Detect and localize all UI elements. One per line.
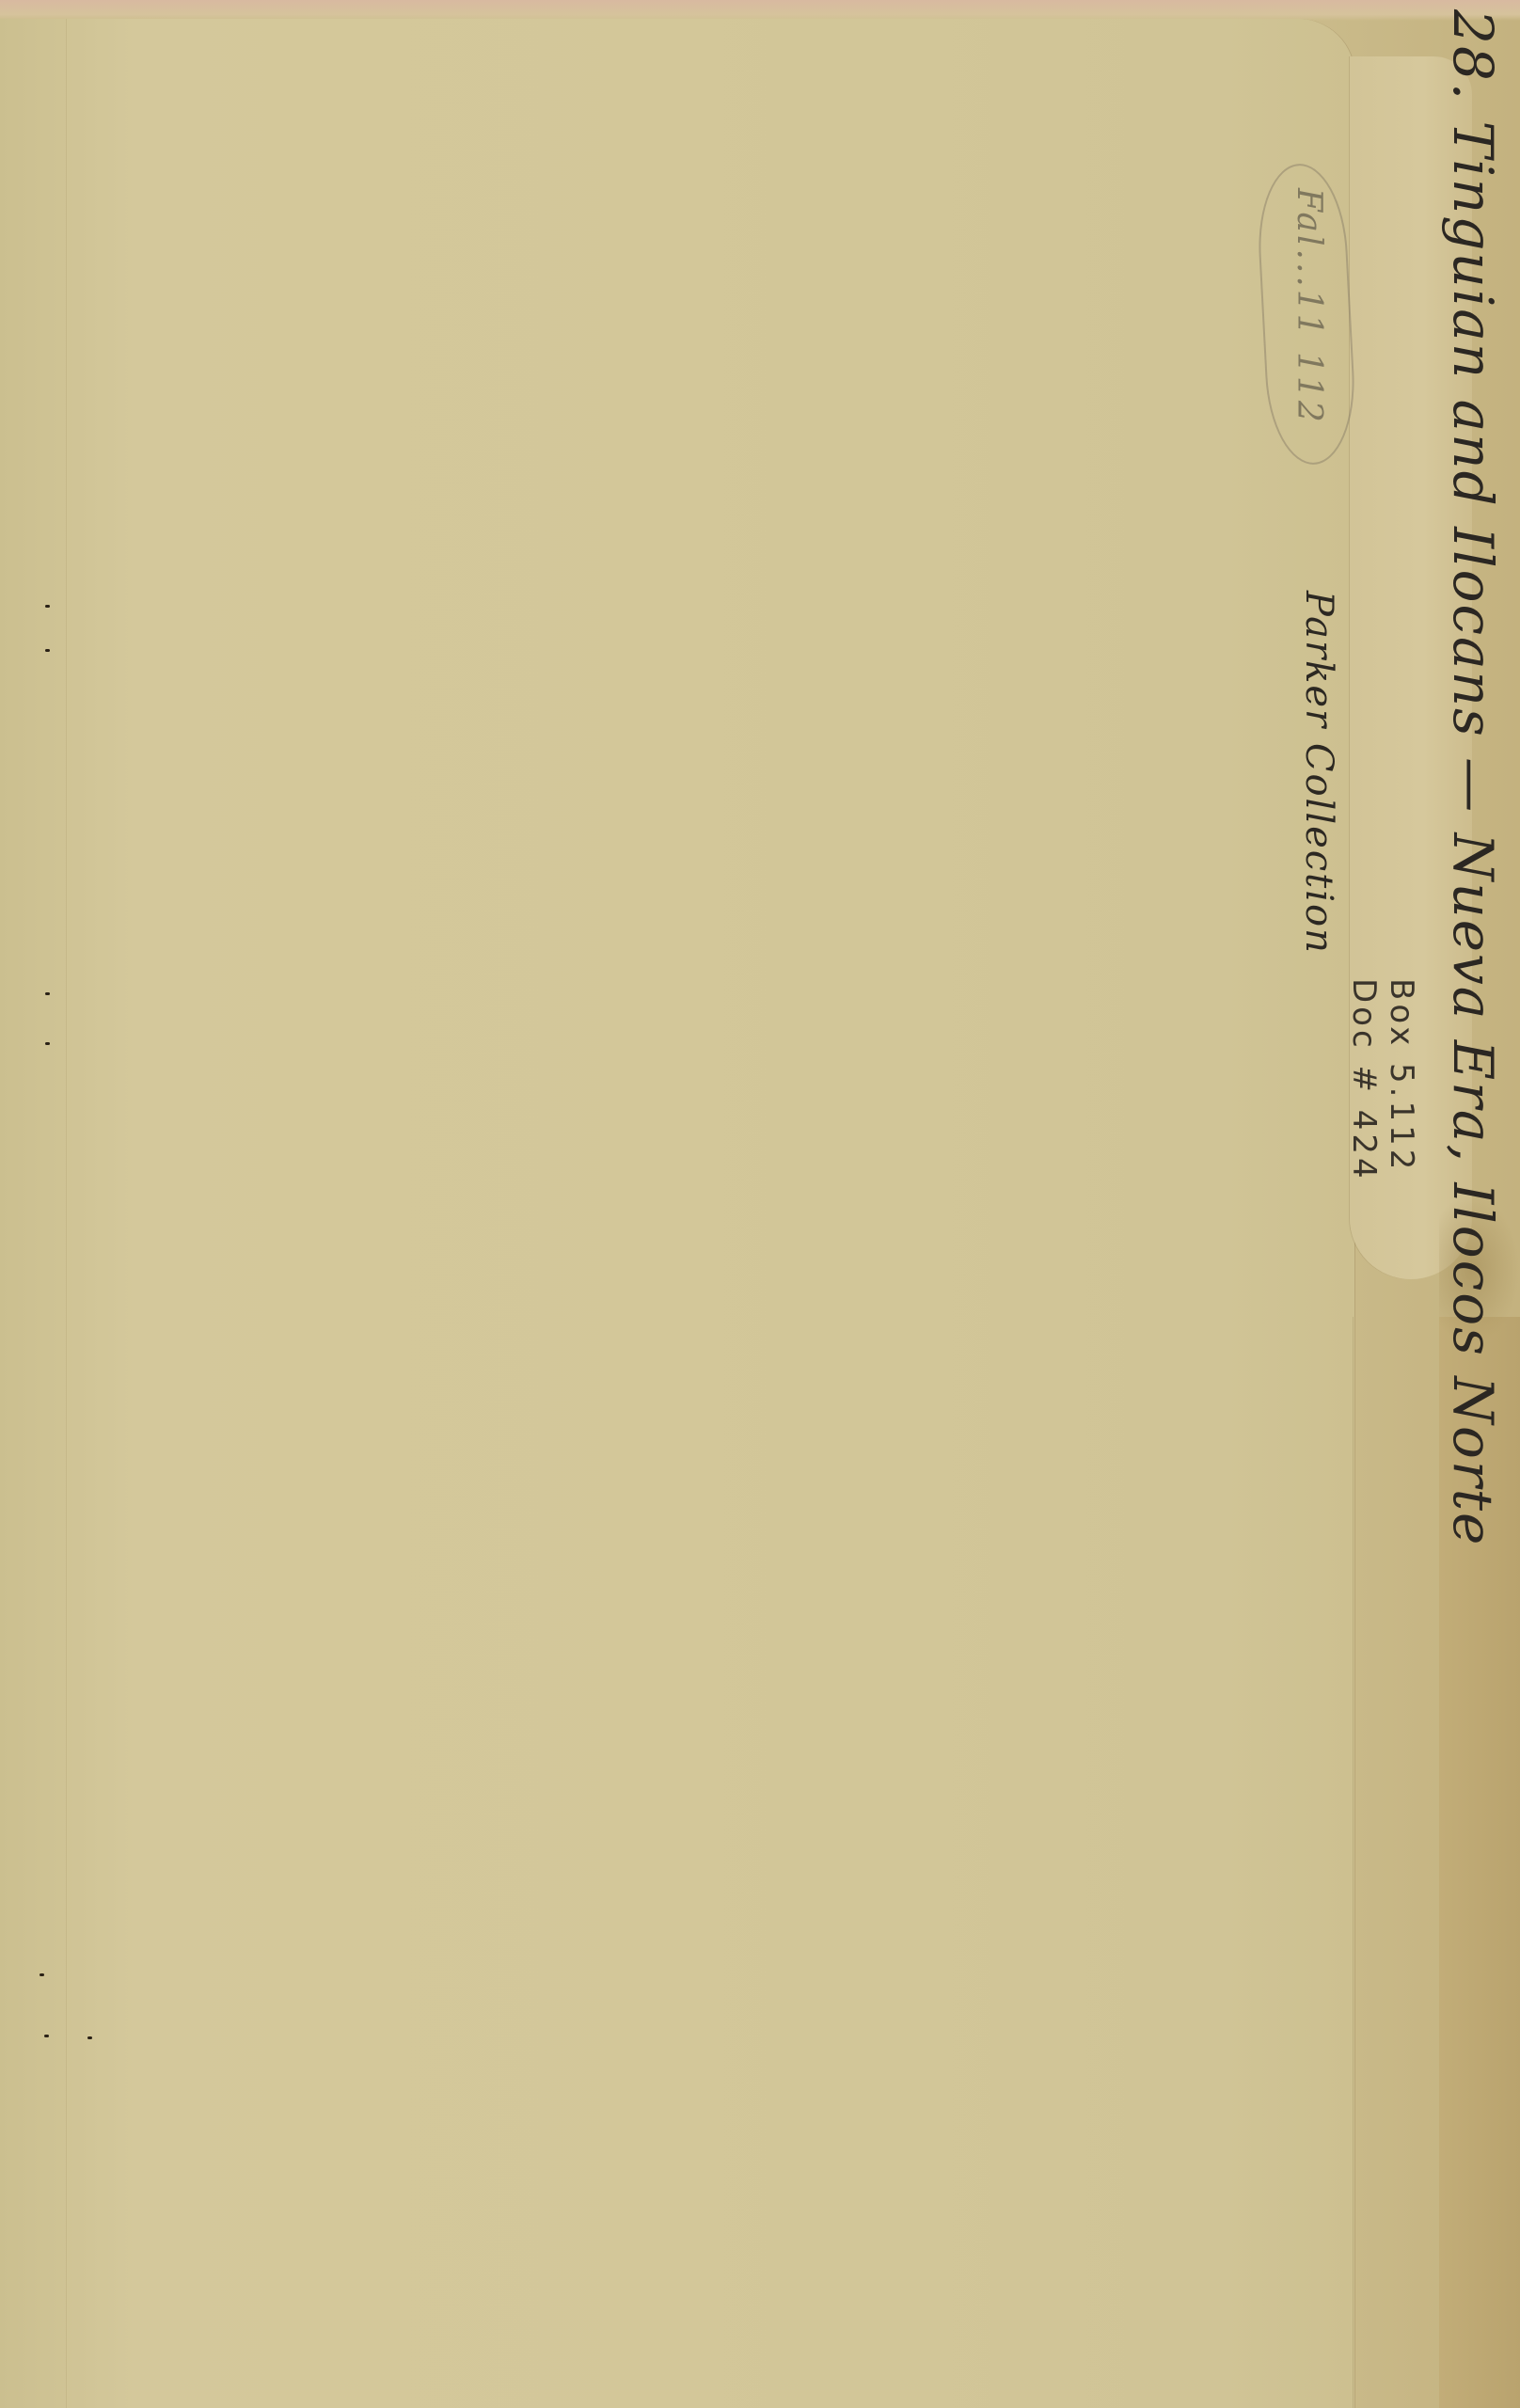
punch-hole xyxy=(45,605,50,608)
punch-hole xyxy=(44,2035,49,2037)
punch-hole xyxy=(40,1973,44,1976)
punch-hole xyxy=(45,649,50,652)
punch-hole xyxy=(45,1042,50,1045)
folder-top-edge xyxy=(0,0,1520,21)
fold-line xyxy=(66,19,67,2408)
folder-front-sheet xyxy=(0,19,1354,2408)
punch-hole xyxy=(87,2036,92,2039)
document-number: Doc # 424 xyxy=(1345,978,1383,1182)
sheet-edge-line xyxy=(1353,1317,1354,2408)
punch-hole xyxy=(45,992,50,995)
pencil-note: Fal...11 112 xyxy=(1290,188,1328,425)
box-number: Box 5.112 xyxy=(1383,978,1420,1173)
folder-tab-title: 28. Tinguian and Ilocans — Nueva Era, Il… xyxy=(1441,9,1505,1546)
collection-name: Parker Collection xyxy=(1297,591,1340,955)
